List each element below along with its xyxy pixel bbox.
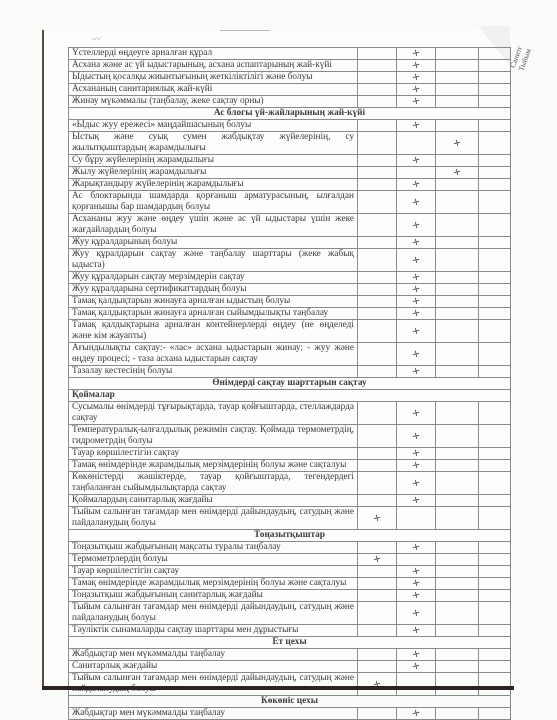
mark-cell-2: + xyxy=(397,661,436,673)
mark-cell-1 xyxy=(358,155,397,167)
handwritten-scribble: 〰 xyxy=(91,31,102,45)
checklist-row: Жуу құралдарына сертификаттардың болуы+ xyxy=(69,284,511,296)
handwritten-check-mark: + xyxy=(411,119,421,132)
mark-cell-1 xyxy=(358,448,397,460)
handwritten-check-mark: + xyxy=(411,283,421,296)
checklist-row: Ас блоктарында шамдарда қорғаныш арматур… xyxy=(69,191,511,214)
mark-cell-4 xyxy=(479,343,511,366)
mark-cell-1: + xyxy=(358,507,397,530)
handwritten-check-mark: + xyxy=(411,219,421,232)
handwritten-check-mark: + xyxy=(411,254,421,267)
criterion-text: Жуу құралдарын сақтау және таңбалау шарт… xyxy=(69,249,358,272)
checklist-row: Асхананың санитариялық жай-күйі+ xyxy=(69,84,511,96)
mark-cell-1 xyxy=(358,425,397,448)
mark-cell-1 xyxy=(358,366,397,378)
mark-cell-2: + xyxy=(397,284,436,296)
criterion-text: «Ыдыс жуу ережесі» маңдайшасының болуы xyxy=(69,120,358,132)
mark-cell-2: + xyxy=(397,343,436,366)
handwritten-check-mark: + xyxy=(411,365,421,378)
handwritten-check-mark: + xyxy=(411,47,421,60)
handwritten-check-mark: + xyxy=(411,624,421,637)
mark-cell-2: + xyxy=(397,296,436,308)
handwritten-check-mark: + xyxy=(411,577,421,590)
mark-cell-3 xyxy=(436,249,479,272)
mark-cell-4 xyxy=(479,120,511,132)
mark-cell-1 xyxy=(358,566,397,578)
mark-cell-3 xyxy=(436,649,479,661)
mark-cell-4 xyxy=(479,84,511,96)
mark-cell-4 xyxy=(479,214,511,237)
handwritten-check-mark: + xyxy=(411,348,421,361)
criterion-text: Асхананы жуу және өңдеу үшін және ас үй … xyxy=(69,214,358,237)
mark-cell-4 xyxy=(479,132,511,155)
checklist-row: Тоңазытқыш жабдығының санитарлық жағдайы… xyxy=(69,590,511,602)
mark-cell-1 xyxy=(358,308,397,320)
checklist-row: Жабдықтар мен мүкәммалды таңбалау+ xyxy=(69,708,511,720)
mark-cell-4 xyxy=(479,249,511,272)
mark-cell-4 xyxy=(479,72,511,84)
mark-cell-3 xyxy=(436,308,479,320)
mark-cell-4 xyxy=(479,191,511,214)
mark-cell-3 xyxy=(436,214,479,237)
checklist-row: Тыйым салынған тағамдар мен өнімдерді да… xyxy=(69,507,511,530)
mark-cell-3 xyxy=(436,120,479,132)
mark-cell-4 xyxy=(479,578,511,590)
checklist-row: Жуу құралдарының болуы+ xyxy=(69,237,511,249)
criterion-text: Сусымалы өнімдерді тұғырықтарда, тауар қ… xyxy=(69,402,358,425)
mark-cell-1 xyxy=(358,249,397,272)
mark-cell-1 xyxy=(358,590,397,602)
checklist-row: Сусымалы өнімдерді тұғырықтарда, тауар қ… xyxy=(69,402,511,425)
mark-cell-4 xyxy=(479,542,511,554)
criterion-text: Көкөністерді жәшіктерде, тауар қойғыштар… xyxy=(69,472,358,495)
criterion-text: Тамақ қалдықтарына арналған контейнерлер… xyxy=(69,320,358,343)
handwritten-check-mark: + xyxy=(411,83,421,96)
mark-cell-2: + xyxy=(397,448,436,460)
mark-cell-4 xyxy=(479,402,511,425)
mark-cell-1 xyxy=(358,48,397,60)
mark-cell-3 xyxy=(436,72,479,84)
mark-cell-2: + xyxy=(397,191,436,214)
handwritten-check-mark: + xyxy=(411,494,421,507)
mark-cell-3 xyxy=(436,191,479,214)
mark-cell-3 xyxy=(436,542,479,554)
mark-cell-3 xyxy=(436,320,479,343)
mark-cell-4 xyxy=(479,60,511,72)
handwritten-check-mark: + xyxy=(411,477,421,490)
section-header-row: Көкөніс цехы xyxy=(69,696,511,708)
mark-cell-2: + xyxy=(397,625,436,637)
page-top-line xyxy=(220,30,270,31)
criterion-text: Санитарлық жағдайы xyxy=(69,661,358,673)
criterion-text: Ыдыстың қосалқы жиынтығының жеткіліктілі… xyxy=(69,72,358,84)
mark-cell-3 xyxy=(436,460,479,472)
checklist-row: Термометрлердің болуы+ xyxy=(69,554,511,566)
mark-cell-4 xyxy=(479,708,511,720)
criterion-text: Жуу құралдарын сақтау мерзімдерін сақтау xyxy=(69,272,358,284)
mark-cell-2: + xyxy=(397,566,436,578)
checklist-row: Жуу құралдарын сақтау мерзімдерін сақтау… xyxy=(69,272,511,284)
checklist-row: Тамақ өнімдерінде жарамдылық мерзімдерін… xyxy=(69,578,511,590)
mark-cell-2: + xyxy=(397,708,436,720)
mark-cell-2: + xyxy=(397,48,436,60)
section-title: Ас блогы үй-жайларының жай-күйі xyxy=(69,108,511,120)
criterion-text: Тауар көршілестігін сақтау xyxy=(69,448,358,460)
handwritten-check-mark: + xyxy=(411,660,421,673)
checklist-row: Тауар көршілестігін сақтау+ xyxy=(69,566,511,578)
mark-cell-2: + xyxy=(397,249,436,272)
checklist-row: Ыдыстың қосалқы жиынтығының жеткіліктілі… xyxy=(69,72,511,84)
mark-cell-3 xyxy=(436,343,479,366)
mark-cell-2: + xyxy=(397,155,436,167)
mark-cell-1 xyxy=(358,214,397,237)
mark-cell-2: + xyxy=(397,237,436,249)
mark-cell-3 xyxy=(436,602,479,625)
mark-cell-2: + xyxy=(397,272,436,284)
handwritten-check-mark: + xyxy=(411,196,421,209)
section-header-row: Тоңазытқыштар xyxy=(69,530,511,542)
mark-cell-4 xyxy=(479,179,511,191)
criterion-text: Ас блоктарында шамдарда қорғаныш арматур… xyxy=(69,191,358,214)
handwritten-check-mark: + xyxy=(411,607,421,620)
mark-cell-3 xyxy=(436,448,479,460)
checklist-row: Қоймалардың санитарлық жағдайы+ xyxy=(69,495,511,507)
criterion-text: Жуу құралдарына сертификаттардың болуы xyxy=(69,284,358,296)
handwritten-check-mark: + xyxy=(411,271,421,284)
handwritten-check-mark: + xyxy=(452,166,462,179)
handwritten-check-mark: + xyxy=(411,447,421,460)
checklist-row: «Ыдыс жуу ережесі» маңдайшасының болуы+ xyxy=(69,120,511,132)
mark-cell-1 xyxy=(358,460,397,472)
mark-cell-2: + xyxy=(397,366,436,378)
mark-cell-4 xyxy=(479,272,511,284)
section-title: Ет цехы xyxy=(69,637,511,649)
checklist-row: Жабдықтар мен мүкәммалды таңбалау+ xyxy=(69,649,511,661)
mark-cell-1 xyxy=(358,649,397,661)
mark-cell-1 xyxy=(358,578,397,590)
criterion-text: Жарықтандыру жүйелерінің жарамдылығы xyxy=(69,179,358,191)
mark-cell-3: + xyxy=(436,167,479,179)
criterion-text: Тамақ өнімдерінде жарамдылық мерзімдерін… xyxy=(69,578,358,590)
mark-cell-2: + xyxy=(397,60,436,72)
mark-cell-4 xyxy=(479,237,511,249)
mark-cell-4 xyxy=(479,554,511,566)
mark-cell-3: + xyxy=(436,132,479,155)
handwritten-check-mark: + xyxy=(411,71,421,84)
mark-cell-1: + xyxy=(358,673,397,696)
mark-cell-1 xyxy=(358,179,397,191)
criterion-text: Ыстық және суық сумен жабдықтау жүйелері… xyxy=(69,132,358,155)
criterion-text: Үстеллерді өңдеуге арналған құрал xyxy=(69,48,358,60)
mark-cell-3 xyxy=(436,554,479,566)
checklist-row: Тоңазытқыш жабдығының мақсаты туралы таң… xyxy=(69,542,511,554)
checklist-row: Тыйым салынған тағамдар мен өнімдерді да… xyxy=(69,602,511,625)
mark-cell-1: + xyxy=(358,554,397,566)
mark-cell-4 xyxy=(479,507,511,530)
mark-cell-1 xyxy=(358,96,397,108)
mark-cell-4 xyxy=(479,167,511,179)
criterion-text: Тоңазытқыш жабдығының санитарлық жағдайы xyxy=(69,590,358,602)
mark-cell-2 xyxy=(397,507,436,530)
criterion-text: Тауар көршілестігін сақтау xyxy=(69,566,358,578)
mark-cell-2 xyxy=(397,673,436,696)
criterion-text: Жылу жүйелерінің жарамдылығы xyxy=(69,167,358,179)
mark-cell-1 xyxy=(358,708,397,720)
mark-cell-4 xyxy=(479,96,511,108)
checklist-row: Үстеллерді өңдеуге арналған құрал+ xyxy=(69,48,511,60)
mark-cell-1 xyxy=(358,661,397,673)
handwritten-check-mark: + xyxy=(411,707,421,720)
checklist-row: Тауар көршілестігін сақтау+ xyxy=(69,448,511,460)
criterion-text: Су бұру жүйелерінің жарамдылығы xyxy=(69,155,358,167)
checklist-row: Жуу құралдарын сақтау және таңбалау шарт… xyxy=(69,249,511,272)
mark-cell-4 xyxy=(479,425,511,448)
checklist-row: Жинау мүкәммалы (таңбалау, жеке сақтау о… xyxy=(69,96,511,108)
mark-cell-3 xyxy=(436,507,479,530)
checklist-row: Тамақ қалдықтарын жинауға арналған сыйым… xyxy=(69,308,511,320)
section-header-row: Өнімдерді сақтау шарттарын сақтау xyxy=(69,378,511,390)
mark-cell-3 xyxy=(436,84,479,96)
mark-cell-3 xyxy=(436,237,479,249)
mark-cell-4 xyxy=(479,155,511,167)
criterion-text: Асхана және ас үй ыдыстарының, асхана ас… xyxy=(69,60,358,72)
mark-cell-3 xyxy=(436,590,479,602)
mark-cell-2: + xyxy=(397,72,436,84)
mark-cell-1 xyxy=(358,132,397,155)
mark-cell-2: + xyxy=(397,425,436,448)
mark-cell-1 xyxy=(358,602,397,625)
mark-cell-4 xyxy=(479,284,511,296)
mark-cell-3 xyxy=(436,578,479,590)
criterion-text: Температуралық-ылғалдылық режимін сақтау… xyxy=(69,425,358,448)
handwritten-check-mark: + xyxy=(411,178,421,191)
mark-cell-1 xyxy=(358,120,397,132)
criterion-text: Тазалау кестесінің болуы xyxy=(69,366,358,378)
mark-cell-4 xyxy=(479,602,511,625)
mark-cell-2: + xyxy=(397,495,436,507)
mark-cell-2: + xyxy=(397,96,436,108)
mark-cell-3 xyxy=(436,708,479,720)
mark-cell-3 xyxy=(436,425,479,448)
handwritten-check-mark: + xyxy=(411,430,421,443)
section-title: Тоңазытқыштар xyxy=(69,530,511,542)
checklist-row: Жылу жүйелерінің жарамдылығы+ xyxy=(69,167,511,179)
handwritten-check-mark: + xyxy=(411,541,421,554)
handwritten-check-mark: + xyxy=(411,407,421,420)
mark-cell-1 xyxy=(358,296,397,308)
section-header-row: Ас блогы үй-жайларының жай-күйі xyxy=(69,108,511,120)
mark-cell-2 xyxy=(397,554,436,566)
criterion-text: Тамақ қалдықтарын жинауға арналған ыдыст… xyxy=(69,296,358,308)
mark-cell-3 xyxy=(436,472,479,495)
mark-cell-4 xyxy=(479,566,511,578)
mark-cell-3 xyxy=(436,296,479,308)
checklist-row: Тыйым салынған тағамдар мен өнімдерді да… xyxy=(69,673,511,696)
criterion-text: Тыйым салынған тағамдар мен өнімдерді да… xyxy=(69,673,358,696)
mark-cell-4 xyxy=(479,366,511,378)
mark-cell-2 xyxy=(397,132,436,155)
criterion-text: Асхананың санитариялық жай-күйі xyxy=(69,84,358,96)
mark-cell-1 xyxy=(358,60,397,72)
criterion-text: Жабдықтар мен мүкәммалды таңбалау xyxy=(69,708,358,720)
subsection-header-row: Қоймалар xyxy=(69,390,511,402)
mark-cell-4 xyxy=(479,48,511,60)
checklist-row: Көкөністерді жәшіктерде, тауар қойғыштар… xyxy=(69,472,511,495)
handwritten-check-mark: + xyxy=(411,236,421,249)
handwritten-check-mark: + xyxy=(411,589,421,602)
mark-cell-2: + xyxy=(397,578,436,590)
mark-cell-2: + xyxy=(397,542,436,554)
mark-cell-3 xyxy=(436,495,479,507)
mark-cell-2: + xyxy=(397,590,436,602)
mark-cell-1 xyxy=(358,237,397,249)
checklist-row: Ағындылықты сақтау:- «лас» асхана ыдыста… xyxy=(69,343,511,366)
checklist-table: Үстеллерді өңдеуге арналған құрал+Асхана… xyxy=(68,47,511,720)
mark-cell-2: + xyxy=(397,460,436,472)
mark-cell-4 xyxy=(479,296,511,308)
criterion-text: Қоймалардың санитарлық жағдайы xyxy=(69,495,358,507)
handwritten-check-mark: + xyxy=(411,307,421,320)
criterion-text: Тамақ қалдықтарын жинауға арналған сыйым… xyxy=(69,308,358,320)
criterion-text: Ағындылықты сақтау:- «лас» асхана ыдыста… xyxy=(69,343,358,366)
handwritten-check-mark: + xyxy=(411,295,421,308)
mark-cell-1 xyxy=(358,343,397,366)
checklist-row: Температуралық-ылғалдылық режимін сақтау… xyxy=(69,425,511,448)
mark-cell-3 xyxy=(436,155,479,167)
section-title: Өнімдерді сақтау шарттарын сақтау xyxy=(69,378,511,390)
scan-bottom-edge xyxy=(42,686,514,690)
mark-cell-3 xyxy=(436,673,479,696)
mark-cell-2: + xyxy=(397,120,436,132)
mark-cell-2: + xyxy=(397,84,436,96)
mark-cell-3 xyxy=(436,179,479,191)
handwritten-check-mark: + xyxy=(411,648,421,661)
criterion-text: Жабдықтар мен мүкәммалды таңбалау xyxy=(69,649,358,661)
checklist-row: Жарықтандыру жүйелерінің жарамдылығы+ xyxy=(69,179,511,191)
handwritten-check-mark: + xyxy=(411,325,421,338)
mark-cell-3 xyxy=(436,566,479,578)
checklist-row: Санитарлық жағдайы+ xyxy=(69,661,511,673)
criterion-text: Жинау мүкәммалы (таңбалау, жеке сақтау о… xyxy=(69,96,358,108)
mark-cell-3 xyxy=(436,284,479,296)
mark-cell-4 xyxy=(479,460,511,472)
mark-cell-3 xyxy=(436,625,479,637)
mark-cell-3 xyxy=(436,661,479,673)
checklist-row: Асхананы жуу және өңдеу үшін және ас үй … xyxy=(69,214,511,237)
criterion-text: Тыйым салынған тағамдар мен өнімдерді да… xyxy=(69,507,358,530)
checklist-row: Ыстық және суық сумен жабдықтау жүйелері… xyxy=(69,132,511,155)
mark-cell-1 xyxy=(358,272,397,284)
mark-cell-4 xyxy=(479,673,511,696)
checklist-row: Су бұру жүйелерінің жарамдылығы+ xyxy=(69,155,511,167)
mark-cell-1 xyxy=(358,284,397,296)
mark-cell-2: + xyxy=(397,472,436,495)
handwritten-check-mark: + xyxy=(411,565,421,578)
mark-cell-3 xyxy=(436,272,479,284)
criterion-text: Тоңазытқыш жабдығының мақсаты туралы таң… xyxy=(69,542,358,554)
criterion-text: Термометрлердің болуы xyxy=(69,554,358,566)
mark-cell-1 xyxy=(358,472,397,495)
mark-cell-1 xyxy=(358,320,397,343)
checklist-row: Асхана және ас үй ыдыстарының, асхана ас… xyxy=(69,60,511,72)
mark-cell-4 xyxy=(479,625,511,637)
handwritten-check-mark: + xyxy=(452,137,462,150)
checklist-row: Тамақ қалдықтарын жинауға арналған ыдыст… xyxy=(69,296,511,308)
mark-cell-4 xyxy=(479,495,511,507)
mark-cell-3 xyxy=(436,48,479,60)
mark-cell-2: + xyxy=(397,179,436,191)
checklist-row: Тамақ өнімдерінде жарамдылық мерзімдерін… xyxy=(69,460,511,472)
mark-cell-4 xyxy=(479,472,511,495)
criterion-text: Тәуліктік сынамаларды сақтау шарттары ме… xyxy=(69,625,358,637)
checklist-row: Тәуліктік сынамаларды сақтау шарттары ме… xyxy=(69,625,511,637)
corner-stamp-text: СанитгТыйым xyxy=(508,44,533,72)
section-header-row: Ет цехы xyxy=(69,637,511,649)
handwritten-check-mark: + xyxy=(372,512,382,525)
handwritten-check-mark: + xyxy=(372,553,382,566)
criterion-text: Тыйым салынған тағамдар мен өнімдерді да… xyxy=(69,602,358,625)
mark-cell-2: + xyxy=(397,320,436,343)
mark-cell-1 xyxy=(358,84,397,96)
mark-cell-4 xyxy=(479,448,511,460)
checklist-row: Тамақ қалдықтарына арналған контейнерлер… xyxy=(69,320,511,343)
mark-cell-2: + xyxy=(397,602,436,625)
mark-cell-4 xyxy=(479,649,511,661)
mark-cell-4 xyxy=(479,661,511,673)
mark-cell-1 xyxy=(358,167,397,179)
mark-cell-3 xyxy=(436,366,479,378)
mark-cell-2: + xyxy=(397,308,436,320)
handwritten-check-mark: + xyxy=(411,154,421,167)
mark-cell-1 xyxy=(358,402,397,425)
mark-cell-1 xyxy=(358,191,397,214)
mark-cell-2 xyxy=(397,167,436,179)
mark-cell-2: + xyxy=(397,402,436,425)
mark-cell-1 xyxy=(358,72,397,84)
mark-cell-1 xyxy=(358,542,397,554)
mark-cell-3 xyxy=(436,60,479,72)
criterion-text: Жуу құралдарының болуы xyxy=(69,237,358,249)
mark-cell-3 xyxy=(436,96,479,108)
mark-cell-4 xyxy=(479,308,511,320)
mark-cell-3 xyxy=(436,402,479,425)
criterion-text: Тамақ өнімдерінде жарамдылық мерзімдерін… xyxy=(69,460,358,472)
handwritten-check-mark: + xyxy=(411,95,421,108)
mark-cell-4 xyxy=(479,320,511,343)
handwritten-check-mark: + xyxy=(411,459,421,472)
mark-cell-1 xyxy=(358,625,397,637)
checklist-row: Тазалау кестесінің болуы+ xyxy=(69,366,511,378)
handwritten-check-mark: + xyxy=(411,59,421,72)
section-title: Көкөніс цехы xyxy=(69,696,511,708)
mark-cell-4 xyxy=(479,590,511,602)
mark-cell-1 xyxy=(358,495,397,507)
mark-cell-2: + xyxy=(397,649,436,661)
mark-cell-2: + xyxy=(397,214,436,237)
subsection-title: Қоймалар xyxy=(69,390,511,402)
